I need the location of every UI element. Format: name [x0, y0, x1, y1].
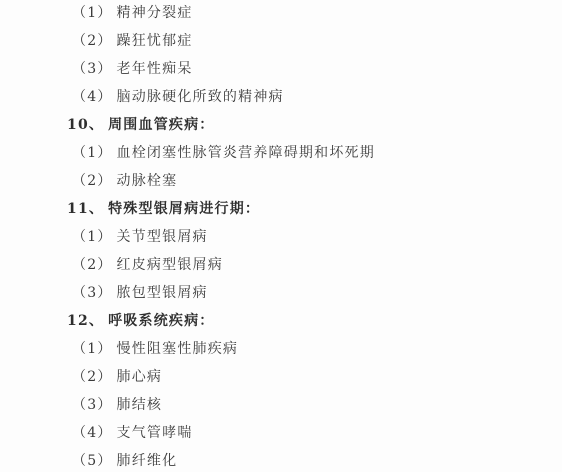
item-text: 脑动脉硬化所致的精神病: [117, 89, 284, 105]
list-item: （5）肺纤维化: [72, 451, 177, 471]
item-number: （3）: [72, 397, 113, 413]
list-item: （1）精神分裂症: [72, 3, 193, 23]
list-item: （4）脑动脉硬化所致的精神病: [72, 87, 284, 107]
item-text: 肺结核: [117, 397, 163, 413]
item-text: 精神分裂症: [117, 5, 193, 21]
list-item: （3）老年性痴呆: [72, 59, 193, 79]
item-number: （2）: [72, 33, 113, 49]
section-number: 11、: [67, 201, 104, 217]
item-number: （2）: [72, 173, 113, 189]
item-text: 躁狂忧郁症: [117, 33, 193, 49]
item-text: 红皮病型银屑病: [117, 257, 223, 273]
item-text: 支气管哮喘: [117, 425, 193, 441]
item-text: 老年性痴呆: [117, 61, 193, 77]
item-text: 脓包型银屑病: [117, 285, 208, 301]
item-text: 动脉栓塞: [117, 173, 178, 189]
list-item: （1）关节型银屑病: [72, 227, 208, 247]
document-page: （1）精神分裂症 （2）躁狂忧郁症 （3）老年性痴呆 （4）脑动脉硬化所致的精神…: [0, 0, 562, 472]
section-number: 10、: [67, 117, 104, 133]
item-number: （1）: [72, 145, 113, 161]
item-number: （2）: [72, 257, 113, 273]
item-number: （4）: [72, 425, 113, 441]
list-item: （2）躁狂忧郁症: [72, 31, 193, 51]
section-title: 特殊型银屑病进行期：: [108, 201, 260, 217]
item-number: （1）: [72, 5, 113, 21]
section-heading: 11、特殊型银屑病进行期：: [67, 199, 260, 219]
item-number: （3）: [72, 61, 113, 77]
list-item: （4）支气管哮喘: [72, 423, 193, 443]
list-item: （2）红皮病型银屑病: [72, 255, 223, 275]
list-item: （1）慢性阻塞性肺疾病: [72, 339, 238, 359]
item-text: 肺纤维化: [117, 453, 178, 469]
item-text: 血栓闭塞性脉管炎营养障碍期和坏死期: [117, 145, 375, 161]
list-item: （3）肺结核: [72, 395, 162, 415]
list-item: （2）动脉栓塞: [72, 171, 177, 191]
item-number: （3）: [72, 285, 113, 301]
item-text: 关节型银屑病: [117, 229, 208, 245]
item-number: （1）: [72, 229, 113, 245]
section-title: 周围血管疾病：: [108, 117, 214, 133]
section-number: 12、: [67, 313, 104, 329]
section-heading: 10、周围血管疾病：: [67, 115, 215, 135]
item-number: （5）: [72, 453, 113, 469]
item-number: （2）: [72, 369, 113, 385]
list-item: （2）肺心病: [72, 367, 162, 387]
item-text: 肺心病: [117, 369, 163, 385]
item-number: （1）: [72, 341, 113, 357]
section-heading: 12、呼吸系统疾病：: [67, 311, 215, 331]
list-item: （3）脓包型银屑病: [72, 283, 208, 303]
section-title: 呼吸系统疾病：: [108, 313, 214, 329]
item-number: （4）: [72, 89, 113, 105]
list-item: （1）血栓闭塞性脉管炎营养障碍期和坏死期: [72, 143, 375, 163]
item-text: 慢性阻塞性肺疾病: [117, 341, 239, 357]
